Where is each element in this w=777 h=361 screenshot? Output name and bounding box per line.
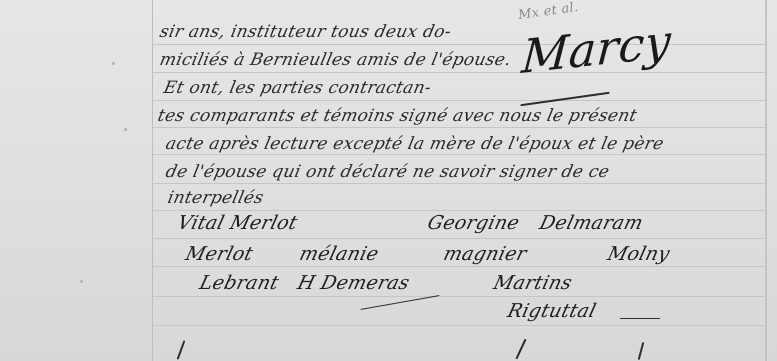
signature-lebrant: Lebrant: [197, 272, 281, 294]
signature-georgine: Georgine: [425, 212, 522, 234]
signature-magnier: magnier: [441, 243, 529, 265]
signature-flourish: [520, 92, 609, 107]
ruled-line: [152, 296, 765, 297]
ruled-line: [152, 266, 765, 267]
ruled-line: [152, 100, 765, 101]
text-line: sir ans, instituteur tous deux do-: [158, 22, 453, 42]
signature-flourish: [620, 318, 660, 319]
signature-molny: Molny: [605, 243, 672, 265]
margin-line: [152, 0, 153, 361]
signature-marcy: Marcy: [520, 14, 673, 84]
text-line: miciliés à Bernieulles amis de l'épouse.: [158, 50, 513, 70]
text-line: Et ont, les parties contractan-: [162, 78, 433, 98]
partial-handwriting: [638, 342, 645, 360]
text-line: interpellés: [166, 188, 266, 208]
signature-rigtuttal: Rigtuttal: [505, 300, 598, 322]
paper-speck: [112, 62, 115, 65]
signature-demeras: H Demeras: [295, 272, 412, 294]
signature-vital-merlot: Vital Merlot: [175, 212, 300, 234]
ruled-line: [152, 238, 765, 239]
partial-handwriting: [177, 340, 186, 359]
signature-delmaram: Delmaram: [537, 212, 645, 234]
pencil-annotation: Mx et al.: [517, 0, 579, 23]
ruled-line: [152, 154, 765, 155]
ruled-line: [152, 325, 765, 326]
text-line: de l'épouse qui ont déclaré ne savoir si…: [164, 162, 611, 182]
ruled-line: [152, 127, 765, 128]
ruled-line: [152, 44, 765, 45]
ruled-line: [152, 210, 765, 211]
ruled-line: [152, 72, 765, 73]
signature-merlot: Merlot: [183, 243, 255, 265]
text-line: acte après lecture excepté la mère de l'…: [164, 134, 666, 154]
document-page: Mx et al. sir ans, instituteur tous deux…: [0, 0, 777, 361]
signature-martins: Martins: [491, 272, 574, 294]
partial-handwriting: [515, 339, 526, 360]
paper-speck: [124, 128, 127, 131]
signature-melanie: mélanie: [297, 243, 381, 265]
text-line: tes comparants et témoins signé avec nou…: [156, 106, 639, 126]
ruled-line: [152, 183, 765, 184]
page-edge: [765, 0, 767, 361]
signature-flourish: [361, 295, 440, 310]
paper-speck: [80, 280, 83, 283]
